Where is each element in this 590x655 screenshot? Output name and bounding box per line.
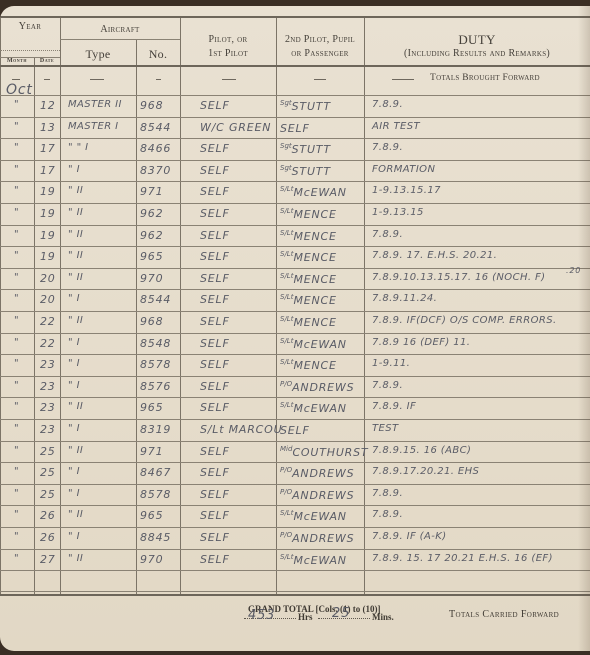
aircraft-number-cell: 8370 <box>140 164 171 177</box>
rank-abbrev: Mid <box>280 445 292 453</box>
aircraft-number-cell: 968 <box>140 315 163 328</box>
grid-line <box>0 505 590 506</box>
second-pilot-cell: P/OANDREWS <box>280 488 354 502</box>
second-pilot-name: ANDREWS <box>292 489 354 502</box>
aircraft-number-cell: 8548 <box>140 337 171 350</box>
aircraft-type-cell: " I <box>68 466 80 477</box>
rank-abbrev: Sgt <box>280 99 292 107</box>
duty-cell: 7.8.9. <box>372 488 403 499</box>
pilot-cell: SELF <box>200 164 230 177</box>
second-pilot-cell: SgtSTUTT <box>280 99 331 113</box>
rank-abbrev: S/Lt <box>280 358 293 366</box>
aircraft-number-cell: 965 <box>140 401 163 414</box>
number-header: No. <box>136 46 180 62</box>
second-pilot-cell: SgtSTUTT <box>280 164 331 178</box>
second-pilot-cell: S/LtMENCE <box>280 272 337 286</box>
aircraft-number-cell: 965 <box>140 250 163 263</box>
rank-abbrev: S/Lt <box>280 401 293 409</box>
second-pilot-cell: S/LtMENCE <box>280 207 337 221</box>
aircraft-number-cell: 8578 <box>140 488 171 501</box>
month-entry: Oct <box>6 82 33 98</box>
grid-line <box>0 527 590 528</box>
year-header: Year <box>0 20 60 34</box>
duty-cell: 7.8.9. IF(DCF) O/S COMP. ERRORS. <box>372 315 557 326</box>
month-ditto: " <box>14 121 19 132</box>
duty-cell: 7.8.9. IF <box>372 401 416 412</box>
aircraft-number-cell: 971 <box>140 185 163 198</box>
grid-line <box>136 39 137 594</box>
aircraft-type-cell: " II <box>68 401 83 412</box>
second-pilot-name: McEWAN <box>293 186 346 199</box>
grand-total-hours: 453 <box>248 608 275 623</box>
month-ditto: " <box>14 250 19 261</box>
duty-cell: 7.8.9.15. 16 (ABC) <box>372 445 471 456</box>
grid-line <box>0 160 590 161</box>
grid-line <box>0 181 590 182</box>
date-cell: 17 <box>40 142 56 155</box>
grid-line <box>0 65 590 67</box>
rank-abbrev: S/Lt <box>280 272 293 280</box>
month-header: Month <box>0 57 34 65</box>
second-pilot-cell: S/LtMENCE <box>280 229 337 243</box>
second-pilot-name: MENCE <box>293 359 336 372</box>
dash <box>314 79 326 80</box>
date-cell: 23 <box>40 401 56 414</box>
duty-cell: 7.8.9. <box>372 509 403 520</box>
second-pilot-name: MENCE <box>293 208 336 221</box>
aircraft-type-cell: MASTER I <box>68 121 119 132</box>
grid-line <box>0 397 590 398</box>
second-pilot-cell: S/LtMENCE <box>280 315 337 329</box>
dash <box>156 79 161 80</box>
month-ditto: " <box>14 553 19 564</box>
duty-subheader: (Including Results and Remarks) <box>364 47 590 61</box>
aircraft-number-cell: 968 <box>140 99 163 112</box>
aircraft-type-cell: MASTER II <box>68 99 122 110</box>
aircraft-number-cell: 8319 <box>140 423 171 436</box>
second-pilot-name: STUTT <box>292 165 331 178</box>
grid-line <box>276 16 277 594</box>
second-pilot-cell: MidCOUTHURST <box>280 445 368 459</box>
date-cell: 25 <box>40 488 56 501</box>
duty-cell: 7.8.9 16 (DEF) 11. <box>372 337 470 348</box>
second-pilot-cell: S/LtMENCE <box>280 293 337 307</box>
duty-cell: 1-9.13.15 <box>372 207 424 218</box>
second-pilot-name: MENCE <box>293 251 336 264</box>
totals-carried-forward: Totals Carried Forward <box>449 609 559 620</box>
dash <box>222 79 236 80</box>
month-ditto: " <box>14 293 19 304</box>
month-ditto: " <box>14 423 19 434</box>
second-pilot-cell: SELF <box>280 121 310 135</box>
date-cell: 23 <box>40 380 56 393</box>
second-pilot-cell: S/LtMcEWAN <box>280 509 347 523</box>
pilot-cell: SELF <box>200 229 230 242</box>
date-cell: 22 <box>40 315 56 328</box>
duty-cell: TEST <box>372 423 398 434</box>
rank-abbrev: S/Lt <box>280 229 293 237</box>
aircraft-type-cell: " II <box>68 250 83 261</box>
aircraft-number-cell: 965 <box>140 509 163 522</box>
duty-cell: 1-9.13.15.17 <box>372 185 441 196</box>
aircraft-number-cell: 8544 <box>140 121 171 134</box>
aircraft-type-cell: " I <box>68 293 80 304</box>
aircraft-type-cell: " II <box>68 272 83 283</box>
aircraft-number-cell: 8578 <box>140 358 171 371</box>
grid-line <box>0 16 590 18</box>
second-pilot-name: McEWAN <box>293 338 346 351</box>
duty-cell: 7.8.9. IF (A-K) <box>372 531 447 542</box>
pilot-header-line1: Pilot, or <box>180 33 276 47</box>
rank-abbrev: S/Lt <box>280 315 293 323</box>
month-ditto: " <box>14 315 19 326</box>
pilot-cell: S/Lt MARCOU <box>200 423 282 436</box>
pilot-cell: SELF <box>200 509 230 522</box>
rank-abbrev: S/Lt <box>280 509 293 517</box>
duty-cell: 7.8.9. <box>372 229 403 240</box>
rank-abbrev: S/Lt <box>280 337 293 345</box>
dash <box>12 79 20 80</box>
pilot-cell: W/C GREEN <box>200 121 271 134</box>
month-ditto: " <box>14 401 19 412</box>
second-pilot-cell: P/OANDREWS <box>280 466 354 480</box>
month-ditto: " <box>14 380 19 391</box>
pilot-cell: SELF <box>200 337 230 350</box>
second-pilot-name: MENCE <box>293 294 336 307</box>
pilot-cell: SELF <box>200 531 230 544</box>
second-pilot-name: COUTHURST <box>292 446 368 459</box>
second-pilot-name: McEWAN <box>293 510 346 523</box>
month-ditto: " <box>14 445 19 456</box>
month-ditto: " <box>14 509 19 520</box>
aircraft-number-cell: 8576 <box>140 380 171 393</box>
grand-total-minutes: 25 <box>332 606 350 621</box>
dash <box>44 79 50 80</box>
date-header: Date <box>34 57 60 65</box>
aircraft-type-cell: " II <box>68 509 83 520</box>
pilot-cell: SELF <box>200 272 230 285</box>
grid-line <box>0 50 60 51</box>
rank-abbrev: Sgt <box>280 142 292 150</box>
date-cell: 19 <box>40 207 56 220</box>
aircraft-number-cell: 962 <box>140 207 163 220</box>
dash <box>392 79 414 80</box>
second-pilot-cell: P/OANDREWS <box>280 531 354 545</box>
grid-line <box>0 376 590 377</box>
aircraft-number-cell: 8544 <box>140 293 171 306</box>
date-cell: 25 <box>40 445 56 458</box>
date-cell: 22 <box>40 337 56 350</box>
second-pilot-cell: S/LtMENCE <box>280 250 337 264</box>
rank-abbrev: S/Lt <box>280 250 293 258</box>
grid-line <box>0 117 590 118</box>
duty-cell: 7.8.9. 15. 17 20.21 E.H.S. 16 (EF) <box>372 553 553 564</box>
aircraft-number-cell: 970 <box>140 272 163 285</box>
grid-line <box>0 333 590 334</box>
pilot-cell: SELF <box>200 488 230 501</box>
pilot-cell: SELF <box>200 142 230 155</box>
aircraft-number-cell: 970 <box>140 553 163 566</box>
grid-line <box>180 16 181 594</box>
rank-abbrev: S/Lt <box>280 553 293 561</box>
pilot-cell: SELF <box>200 380 230 393</box>
aircraft-type-cell: " I <box>68 337 80 348</box>
month-ditto: " <box>14 164 19 175</box>
duty-note: .20 <box>566 266 581 275</box>
aircraft-number-cell: 8466 <box>140 142 171 155</box>
second-pilot-name: STUTT <box>292 143 331 156</box>
duty-cell: 7.8.9. 17. E.H.S. 20.21. <box>372 250 497 261</box>
date-cell: 20 <box>40 293 56 306</box>
month-ditto: " <box>14 229 19 240</box>
grid-line <box>0 591 590 592</box>
rank-abbrev: S/Lt <box>280 185 293 193</box>
grid-line <box>0 268 590 269</box>
rank-abbrev: S/Lt <box>280 207 293 215</box>
aircraft-type-cell: " II <box>68 445 83 456</box>
pilot-cell: SELF <box>200 185 230 198</box>
second-pilot-cell: SELF <box>280 423 310 437</box>
second-pilot-name: MENCE <box>293 273 336 286</box>
pilot-cell: SELF <box>200 401 230 414</box>
pilot-header: Pilot, or 1st Pilot <box>180 33 276 60</box>
date-cell: 12 <box>40 99 56 112</box>
pilot-cell: SELF <box>200 553 230 566</box>
type-header: Type <box>60 46 136 62</box>
duty-header: DUTY <box>364 31 590 49</box>
grid-line <box>0 311 590 312</box>
second-pilot-name: MENCE <box>293 316 336 329</box>
second-pilot-name: STUTT <box>292 100 331 113</box>
date-cell: 23 <box>40 423 56 436</box>
aircraft-number-cell: 971 <box>140 445 163 458</box>
grid-line <box>0 203 590 204</box>
logbook-page: Year Month Date Aircraft Type No. Pilot,… <box>0 6 590 651</box>
dash <box>90 79 104 80</box>
grid-line <box>60 39 180 40</box>
month-ditto: " <box>14 358 19 369</box>
duty-cell: AIR TEST <box>372 121 420 132</box>
month-ditto: " <box>14 337 19 348</box>
duty-cell: 7.8.9. <box>372 99 403 110</box>
rank-abbrev: Sgt <box>280 164 292 172</box>
second-pilot-name: ANDREWS <box>292 532 354 545</box>
second-pilot-cell: S/LtMcEWAN <box>280 337 347 351</box>
grid-line <box>364 16 365 594</box>
second-pilot-cell: S/LtMcEWAN <box>280 401 347 415</box>
aircraft-number-cell: 8845 <box>140 531 171 544</box>
aircraft-type-cell: " I <box>68 531 80 542</box>
date-cell: 19 <box>40 229 56 242</box>
date-cell: 23 <box>40 358 56 371</box>
date-cell: 19 <box>40 185 56 198</box>
grid-line <box>0 289 590 290</box>
month-ditto: " <box>14 531 19 542</box>
second-pilot-name: MENCE <box>293 230 336 243</box>
month-ditto: " <box>14 142 19 153</box>
grid-line <box>0 16 1 594</box>
duty-cell: 7.8.9.11.24. <box>372 293 437 304</box>
month-ditto: " <box>14 272 19 283</box>
second-pilot-header-line2: or Passenger <box>276 47 364 61</box>
hours-label: Hrs <box>298 612 313 622</box>
pilot-header-line2: 1st Pilot <box>180 47 276 61</box>
grid-line <box>0 462 590 463</box>
aircraft-type-cell: " II <box>68 229 83 240</box>
aircraft-header: Aircraft <box>60 23 180 37</box>
aircraft-type-cell: " I <box>68 380 80 391</box>
pilot-cell: SELF <box>200 207 230 220</box>
grid-line <box>0 95 590 96</box>
second-pilot-name: SELF <box>280 424 310 437</box>
grid-line <box>0 246 590 247</box>
duty-cell: FORMATION <box>372 164 435 175</box>
date-cell: 19 <box>40 250 56 263</box>
month-ditto: " <box>14 207 19 218</box>
rank-abbrev: P/O <box>280 531 292 539</box>
second-pilot-header-line1: 2nd Pilot, Pupil <box>276 33 364 47</box>
aircraft-number-cell: 962 <box>140 229 163 242</box>
second-pilot-cell: S/LtMENCE <box>280 358 337 372</box>
grid-line <box>60 16 61 594</box>
aircraft-number-cell: 8467 <box>140 466 171 479</box>
grid-line <box>0 570 590 571</box>
pilot-cell: SELF <box>200 250 230 263</box>
pilot-cell: SELF <box>200 358 230 371</box>
aircraft-type-cell: " II <box>68 553 83 564</box>
month-ditto: " <box>14 466 19 477</box>
second-pilot-cell: SgtSTUTT <box>280 142 331 156</box>
second-pilot-name: McEWAN <box>293 402 346 415</box>
grid-line <box>0 549 590 550</box>
month-ditto: " <box>14 185 19 196</box>
grid-line <box>0 484 590 485</box>
duty-cell: 7.8.9.17.20.21. EHS <box>372 466 479 477</box>
second-pilot-cell: S/LtMcEWAN <box>280 185 347 199</box>
second-pilot-cell: P/OANDREWS <box>280 380 354 394</box>
aircraft-type-cell: " I <box>68 164 80 175</box>
grid-line <box>0 441 590 442</box>
aircraft-type-cell: " II <box>68 185 83 196</box>
aircraft-type-cell: " II <box>68 207 83 218</box>
date-cell: 20 <box>40 272 56 285</box>
pilot-cell: SELF <box>200 466 230 479</box>
second-pilot-name: ANDREWS <box>292 381 354 394</box>
pilot-cell: SELF <box>200 315 230 328</box>
grid-line <box>0 225 590 226</box>
second-pilot-name: ANDREWS <box>292 467 354 480</box>
date-cell: 25 <box>40 466 56 479</box>
pilot-cell: SELF <box>200 293 230 306</box>
rank-abbrev: P/O <box>280 488 292 496</box>
grid-line <box>0 354 590 355</box>
aircraft-type-cell: " " I <box>68 142 89 153</box>
minutes-label: Mins. <box>372 612 394 622</box>
date-cell: 26 <box>40 509 56 522</box>
second-pilot-name: McEWAN <box>293 554 346 567</box>
aircraft-type-cell: " I <box>68 358 80 369</box>
rank-abbrev: P/O <box>280 380 292 388</box>
second-pilot-name: SELF <box>280 122 310 135</box>
aircraft-type-cell: " I <box>68 488 80 499</box>
pilot-cell: SELF <box>200 99 230 112</box>
second-pilot-header: 2nd Pilot, Pupil or Passenger <box>276 33 364 60</box>
grid-line <box>0 594 590 596</box>
date-cell: 17 <box>40 164 56 177</box>
aircraft-type-cell: " II <box>68 315 83 326</box>
second-pilot-cell: S/LtMcEWAN <box>280 553 347 567</box>
grid-line <box>0 138 590 139</box>
duty-cell: 7.8.9. <box>372 142 403 153</box>
month-ditto: " <box>14 488 19 499</box>
date-cell: 26 <box>40 531 56 544</box>
date-cell: 13 <box>40 121 56 134</box>
pilot-cell: SELF <box>200 445 230 458</box>
duty-cell: 1-9.11. <box>372 358 410 369</box>
duty-cell: 7.8.9.10.13.15.17. 16 (NOCH. F) <box>372 272 545 283</box>
month-ditto: " <box>14 99 19 110</box>
aircraft-type-cell: " I <box>68 423 80 434</box>
date-cell: 27 <box>40 553 56 566</box>
rank-abbrev: S/Lt <box>280 293 293 301</box>
rank-abbrev: P/O <box>280 466 292 474</box>
grid-line <box>0 419 590 420</box>
totals-brought-forward: Totals Brought Forward <box>430 72 570 85</box>
duty-cell: 7.8.9. <box>372 380 403 391</box>
